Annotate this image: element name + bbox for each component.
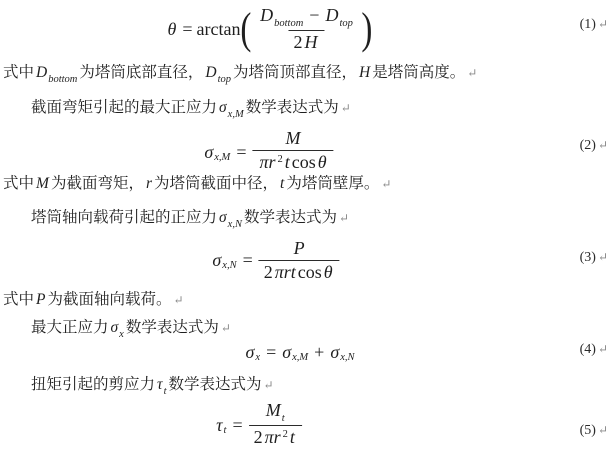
- paragraph-mark: ↵: [381, 177, 391, 191]
- var-sigma: σ: [204, 142, 213, 163]
- close-paren: ): [362, 9, 373, 49]
- plus-sign: +: [314, 342, 324, 363]
- var-P: P: [36, 291, 45, 308]
- var-D: D: [325, 5, 338, 25]
- var-sigma: σ: [246, 342, 255, 363]
- equation-number-2: (2)↵: [580, 138, 608, 154]
- paragraph-mark: ↵: [221, 321, 231, 335]
- var-M: M: [266, 400, 281, 420]
- fraction: P 2πrtcosθ: [259, 237, 340, 284]
- text: 为塔筒壁厚。: [286, 175, 379, 192]
- paragraph-mark: ↵: [598, 138, 608, 152]
- sub-xN: x,N: [340, 352, 354, 363]
- text: 为塔筒底部直径，: [79, 64, 203, 81]
- number-label: (4): [580, 342, 596, 357]
- var-M: M: [36, 175, 49, 192]
- paragraph-mark: ↵: [598, 250, 608, 264]
- sub-x: x: [255, 352, 260, 363]
- var-pi-r: πr: [259, 152, 275, 172]
- numerator: Mt: [259, 399, 292, 425]
- text: 塔筒轴向载荷引起的正应力: [31, 209, 217, 226]
- var-theta: θ: [324, 262, 333, 282]
- number-label: (1): [580, 17, 596, 32]
- var-tau: τ: [216, 415, 222, 436]
- var-sigma: σ: [212, 250, 221, 271]
- paragraph-mark: ↵: [264, 378, 274, 392]
- var-P: P: [294, 238, 305, 258]
- text: 截面弯矩引起的最大正应力: [31, 99, 217, 116]
- var-sigma: σ: [282, 342, 291, 363]
- denominator: 2H: [288, 30, 324, 54]
- paragraph-6: 最大正应力σx数学表达式为↵: [31, 317, 231, 341]
- coef-2: 2: [254, 427, 263, 447]
- equation-5: τt = Mt 2πr2t: [214, 399, 304, 451]
- text: 式中: [3, 64, 34, 81]
- paragraph-3: 式中M为截面弯矩，r为塔筒截面中径，t为塔筒壁厚。↵: [3, 173, 391, 195]
- var-H: H: [304, 32, 317, 52]
- paragraph-mark: ↵: [174, 293, 184, 307]
- text: 是塔筒高度。: [372, 64, 465, 81]
- equation-3: σx,N = P 2πrtcosθ: [210, 237, 341, 284]
- var-theta: θ: [318, 152, 327, 172]
- exponent-2: 2: [283, 429, 288, 440]
- paragraph-mark: ↵: [341, 101, 351, 115]
- arctan-function: arctan: [196, 19, 240, 40]
- sub-top: top: [339, 18, 352, 29]
- var-t: t: [285, 152, 290, 172]
- cos-function: cos: [298, 262, 322, 282]
- equation-4: σx = σx,M + σx,N: [244, 342, 357, 363]
- var-sigma: σ: [219, 209, 227, 226]
- fraction: M πr2tcosθ: [252, 127, 333, 177]
- text: 最大正应力: [31, 319, 109, 336]
- fraction: Dbottom−Dtop 2H: [253, 4, 360, 54]
- var-D: D: [205, 64, 216, 81]
- var-M: M: [286, 128, 301, 148]
- var-sigma: σ: [219, 99, 227, 116]
- fraction: Mt 2πr2t: [249, 399, 302, 451]
- denominator: 2πr2t: [249, 425, 302, 451]
- text: 数学表达式为: [244, 209, 337, 226]
- paragraph-2: 截面弯矩引起的最大正应力σx,M数学表达式为↵: [31, 97, 351, 121]
- text: 数学表达式为: [126, 319, 219, 336]
- sub-t: t: [224, 425, 227, 436]
- numerator: M: [279, 127, 308, 150]
- paragraph-4: 塔筒轴向载荷引起的正应力σx,N数学表达式为↵: [31, 207, 349, 231]
- paragraph-mark: ↵: [467, 66, 477, 80]
- equals-sign: =: [232, 415, 242, 436]
- numerator: P: [287, 237, 312, 260]
- sub-bottom: bottom: [274, 18, 303, 29]
- var-pi-r: πr: [265, 427, 281, 447]
- var-t: t: [290, 427, 295, 447]
- paragraph-5: 式中P为截面轴向载荷。↵: [3, 289, 184, 311]
- equation-number-1: (1)↵: [580, 17, 608, 33]
- text: 式中: [3, 175, 34, 192]
- text: 数学表达式为: [246, 99, 339, 116]
- paragraph-mark: ↵: [598, 423, 608, 437]
- sub-xN: x,N: [222, 260, 236, 271]
- var-tau: τ: [157, 376, 163, 393]
- numerator: Dbottom−Dtop: [253, 4, 360, 30]
- equals-sign: =: [243, 250, 253, 271]
- var-theta: θ: [167, 19, 176, 40]
- coef-2: 2: [293, 32, 302, 52]
- exponent-2: 2: [278, 154, 283, 165]
- paragraph-mark: ↵: [598, 342, 608, 356]
- equals-sign: =: [236, 142, 246, 163]
- coef-2: 2: [264, 262, 273, 282]
- paragraph-mark: ↵: [339, 211, 349, 225]
- var-sigma: σ: [111, 319, 119, 336]
- sub-xM: x,M: [214, 152, 230, 163]
- var-pi-r-t: πrt: [275, 262, 296, 282]
- paragraph-mark: ↵: [598, 17, 608, 31]
- equation-2: σx,M = M πr2tcosθ: [202, 127, 335, 177]
- paragraph-1: 式中Dbottom为塔筒底部直径，Dtop为塔筒顶部直径，H是塔筒高度。↵: [3, 62, 477, 86]
- sub-top: top: [218, 74, 231, 85]
- sub-t: t: [282, 413, 285, 424]
- equation-number-4: (4)↵: [580, 342, 608, 358]
- sub-xN: x,N: [228, 219, 242, 230]
- text: 为截面轴向载荷。: [47, 291, 171, 308]
- equals-sign: =: [182, 19, 192, 40]
- equals-sign: =: [266, 342, 276, 363]
- number-label: (2): [580, 138, 596, 153]
- sub-x: x: [119, 329, 124, 340]
- var-H: H: [359, 64, 370, 81]
- sub-t: t: [164, 386, 167, 397]
- var-sigma: σ: [330, 342, 339, 363]
- equation-1: θ = arctan ( Dbottom−Dtop 2H ): [165, 4, 372, 54]
- var-D: D: [260, 5, 273, 25]
- text: 为塔筒顶部直径，: [233, 64, 357, 81]
- var-r: r: [146, 175, 152, 192]
- number-label: (5): [580, 423, 596, 438]
- var-t: t: [280, 175, 284, 192]
- denominator: 2πrtcosθ: [259, 260, 340, 284]
- text: 扭矩引起的剪应力: [31, 376, 155, 393]
- minus-sign: −: [309, 5, 319, 25]
- document-page: θ = arctan ( Dbottom−Dtop 2H ) (1)↵ 式中Db…: [0, 0, 615, 451]
- text: 式中: [3, 291, 34, 308]
- paragraph-7: 扭矩引起的剪应力τt数学表达式为↵: [31, 374, 274, 398]
- text: 为塔筒截面中径，: [154, 175, 278, 192]
- text: 数学表达式为: [169, 376, 262, 393]
- cos-function: cos: [292, 152, 316, 172]
- sub-xM: x,M: [292, 352, 308, 363]
- equation-number-5: (5)↵: [580, 423, 608, 439]
- open-paren: (: [240, 9, 251, 49]
- equation-number-3: (3)↵: [580, 250, 608, 266]
- var-D: D: [36, 64, 47, 81]
- sub-bottom: bottom: [48, 74, 77, 85]
- number-label: (3): [580, 250, 596, 265]
- sub-xM: x,M: [228, 109, 244, 120]
- text: 为截面弯矩，: [51, 175, 144, 192]
